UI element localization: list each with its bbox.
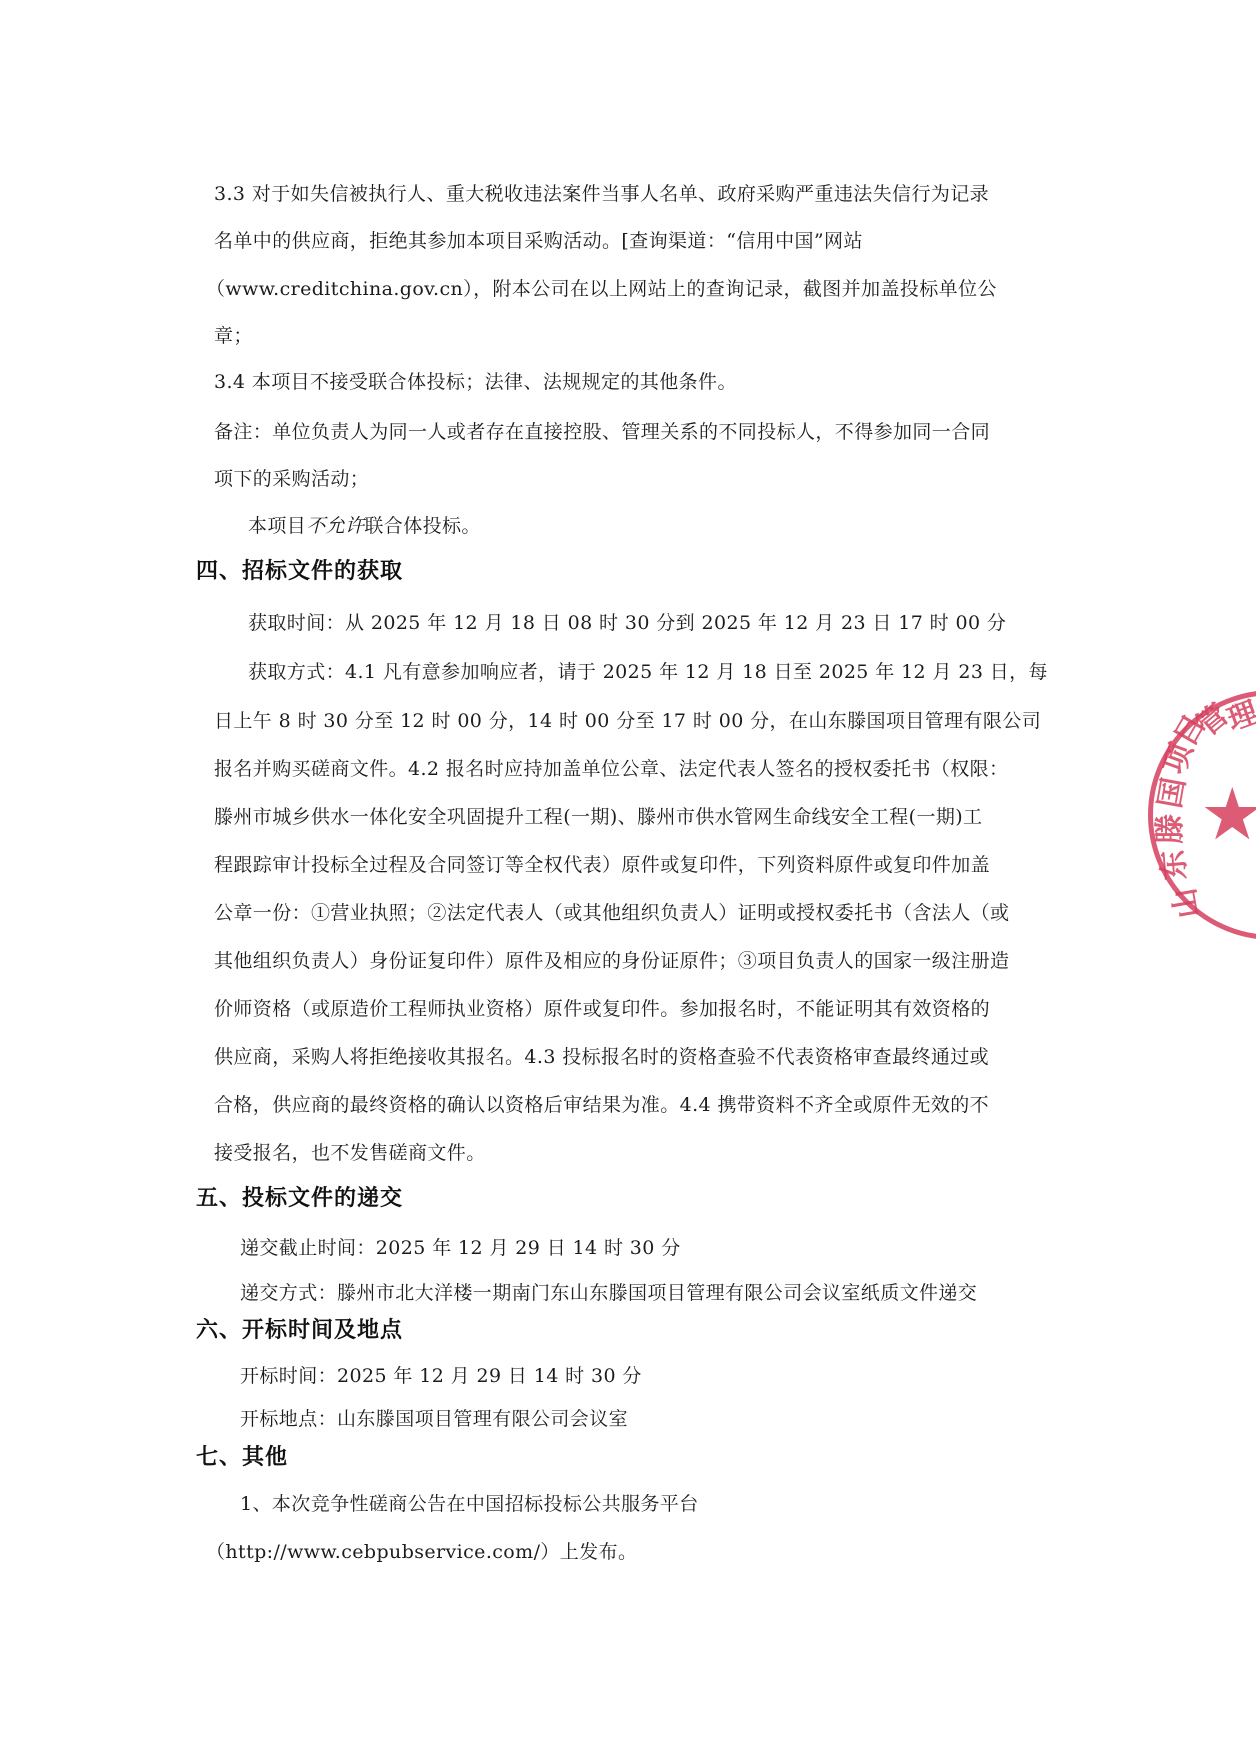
section-5-heading: 五、投标文件的递交 (196, 1184, 403, 1214)
section-4-method-line: 接受报名，也不发售磋商文件。 (214, 1139, 486, 1167)
section-7-heading: 七、其他 (196, 1443, 288, 1473)
section-4-method-line: 日上午 8 时 30 分至 12 时 00 分，14 时 00 分至 17 时 … (214, 707, 1041, 735)
seal-char: 东 (1159, 849, 1192, 882)
document-page: 3.3 对于如失信被执行人、重大税收违法案件当事人名单、政府采购严重违法失信行为… (0, 0, 1256, 1758)
remark-line-3: 本项目不允许联合体投标。 (248, 512, 481, 540)
section-5-method: 递交方式：滕州市北大洋楼一期南门东山东滕国项目管理有限公司会议室纸质文件递交 (240, 1279, 977, 1307)
section-7-item-1-line-2: （http://www.cebpubservice.com/）上发布。 (206, 1538, 637, 1566)
seal-char: 山 (1170, 886, 1205, 921)
section-4-method-line: 价师资格（或原造价工程师执业资格）原件或复印件。参加报名时，不能证明其有效资格的 (214, 995, 990, 1023)
section-4-method-line: 其他组织负责人）身份证复印件）原件及相应的身份证原件；③项目负责人的国家一级注册… (214, 947, 1009, 975)
remark-emphasis: 不允许 (306, 515, 364, 537)
remark-line-2: 项下的采购活动； (214, 465, 369, 493)
section-4-time: 获取时间：从 2025 年 12 月 18 日 08 时 30 分到 2025 … (248, 609, 1006, 637)
section-4-heading: 四、招标文件的获取 (196, 557, 403, 587)
seal-star-icon: ★ (1200, 778, 1256, 850)
section-4-method-line: 公章一份：①营业执照；②法定代表人（或其他组织负责人）证明或授权委托书（含法人（… (214, 899, 1009, 927)
remark-prefix: 本项目 (248, 515, 306, 537)
section-4-method-line: 供应商，采购人将拒绝接收其报名。4.3 投标报名时的资格查验不代表资格审查最终通… (214, 1043, 989, 1071)
clause-3-3-line-1: 3.3 对于如失信被执行人、重大税收违法案件当事人名单、政府采购严重违法失信行为… (214, 180, 989, 208)
seal-char: 国 (1156, 776, 1191, 811)
section-4-method-line: 合格，供应商的最终资格的确认以资格后审结果为准。4.4 携带资料不齐全或原件无效… (214, 1091, 989, 1119)
section-5-deadline: 递交截止时间：2025 年 12 月 29 日 14 时 30 分 (240, 1234, 681, 1262)
remark-suffix: 联合体投标。 (364, 515, 480, 537)
clause-3-4: 3.4 本项目不接受联合体投标；法律、法规规定的其他条件。 (214, 368, 737, 396)
section-6-heading: 六、开标时间及地点 (196, 1316, 403, 1346)
remark-line-1: 备注：单位负责人为同一人或者存在直接控股、管理关系的不同投标人，不得参加同一合同 (214, 418, 990, 446)
section-4-method-line: 获取方式：4.1 凡有意参加响应者，请于 2025 年 12 月 18 日至 2… (248, 658, 1048, 686)
section-7-item-1-line-1: 1、本次竞争性磋商公告在中国招标投标公共服务平台 (240, 1490, 699, 1518)
clause-3-3-line-4: 章； (214, 322, 253, 350)
section-4-method-line: 滕州市城乡供水一体化安全巩固提升工程(一期)、滕州市供水管网生命线安全工程(一期… (214, 803, 982, 831)
section-6-time: 开标时间：2025 年 12 月 29 日 14 时 30 分 (240, 1362, 642, 1390)
seal-char: 滕 (1156, 814, 1186, 844)
clause-3-3-line-3: （www.creditchina.gov.cn），附本公司在以上网站上的查询记录… (206, 275, 997, 303)
clause-3-3-line-2: 名单中的供应商，拒绝其参加本项目采购活动。[查询渠道：“信用中国”网站 (214, 227, 863, 255)
section-4-method-line: 报名并购买磋商文件。4.2 报名时应持加盖单位公章、法定代表人签名的授权委托书（… (214, 755, 1008, 783)
section-4-method-line: 程跟踪审计投标全过程及合同签订等全权代表）原件或复印件，下列资料原件或复印件加盖 (214, 851, 990, 879)
section-6-place: 开标地点：山东滕国项目管理有限公司会议室 (240, 1405, 628, 1433)
